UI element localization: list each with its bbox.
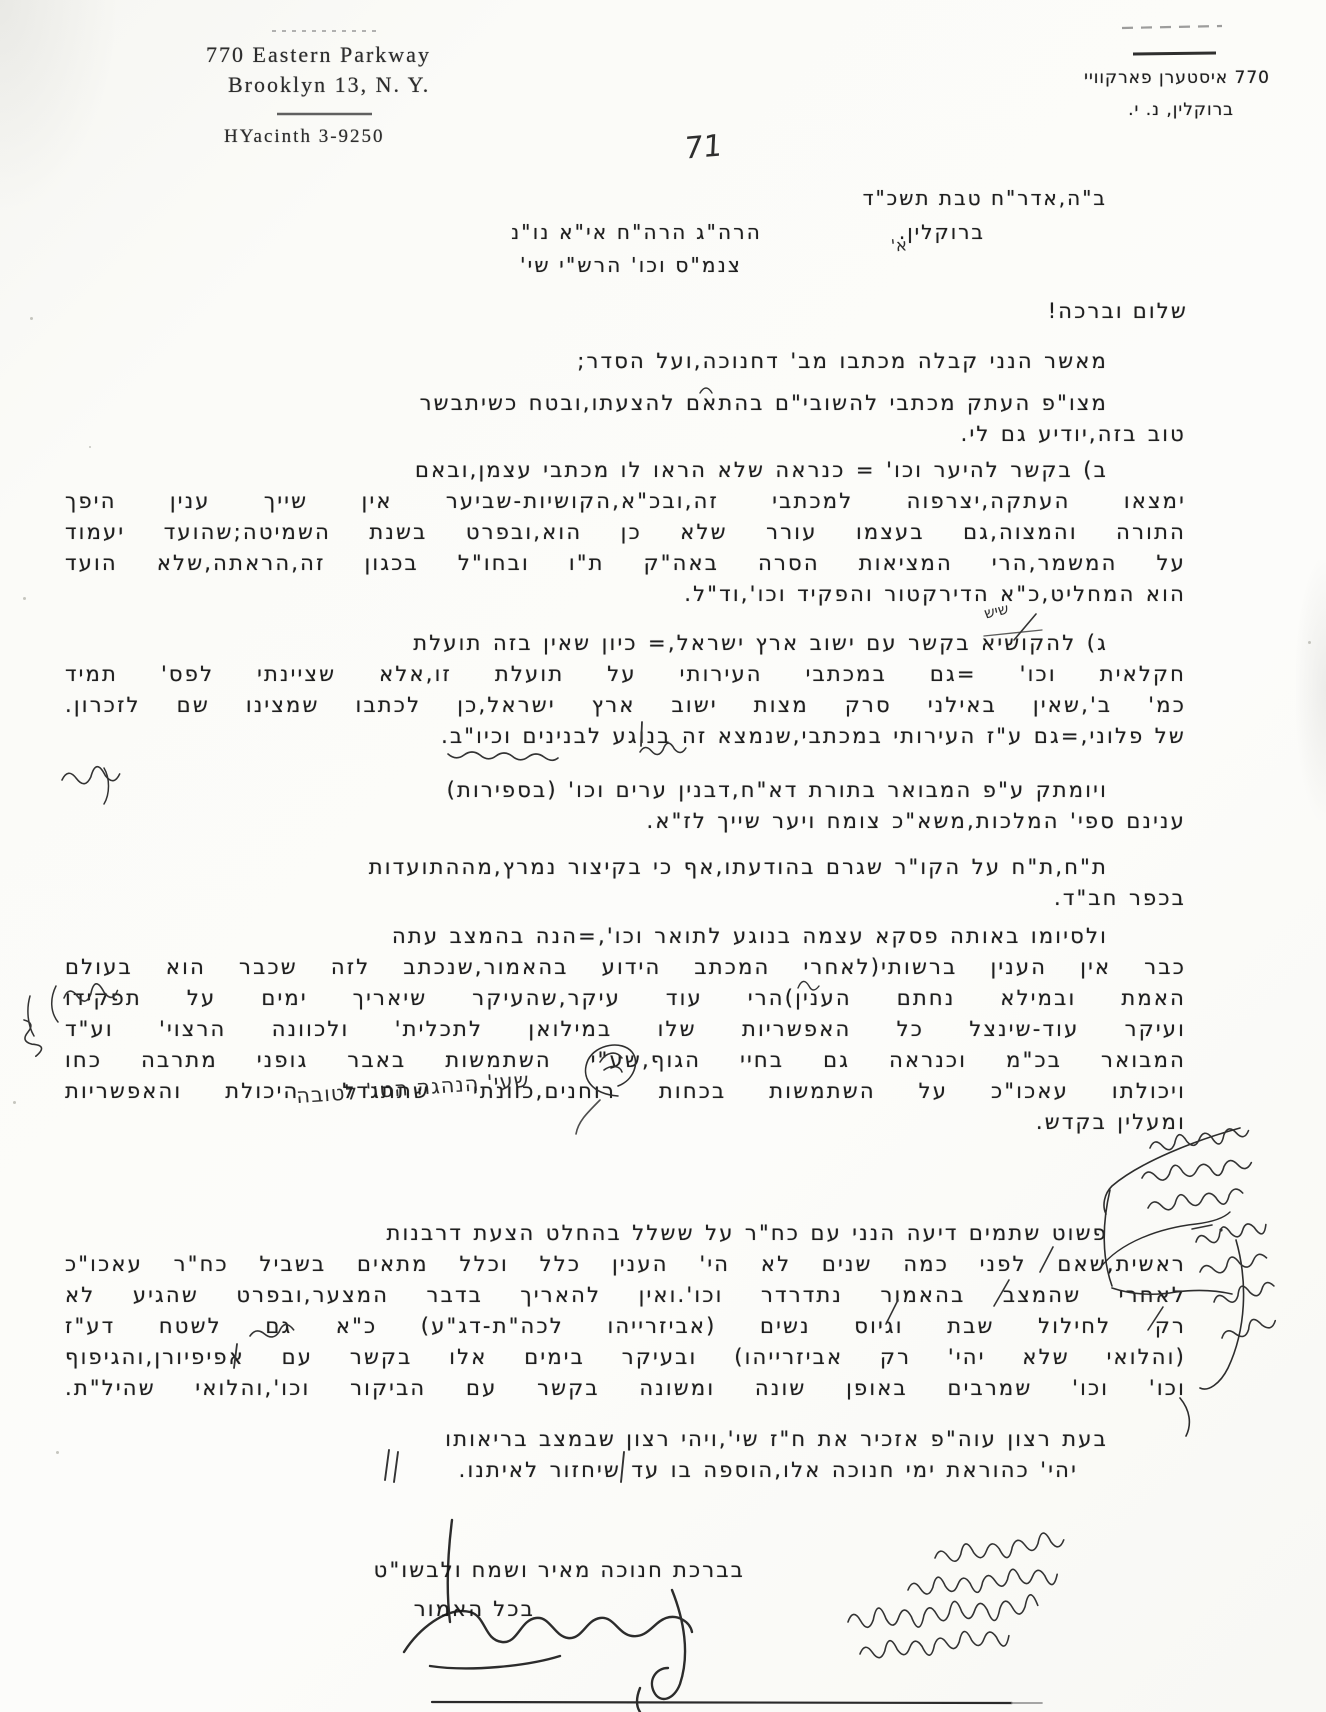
letter-line: רק לחילול שבת וגיוס נשים (אביזרייהו לכה"… (65, 1311, 1186, 1342)
addressee-line2: צנמ"ס וכו' הרש"י שי' (520, 253, 742, 277)
scan-speck (1308, 641, 1311, 644)
letterhead-faded-dashes (272, 26, 1222, 31)
letter-line: של פלוני,=גם ע"ז העירותי במכתבי,שנמצא זה… (65, 721, 1186, 752)
addressee-line1: הרה"ג הרה"ח אי"א נו"נ (511, 220, 762, 244)
cursive-squiggle (934, 1530, 1065, 1567)
paragraph-chassidus: ויומתק ע"פ המבואר בתורת דא"ח,דבנין ערים … (65, 775, 1186, 837)
closing-line1: בברכת חנוכה מאיר ושמח ולבשו"ט (374, 1558, 745, 1582)
letterhead-address-line2: Brooklyn 13, N. Y. (228, 72, 430, 98)
cursive-squiggle (907, 1565, 1058, 1600)
cursive-squiggle (1212, 1278, 1275, 1307)
paragraph-enclosed-copy: מצו"פ העתק מכתבי להשובי"ם בהתאם להצעתו,ו… (65, 388, 1186, 450)
letter-line: לאחרי שהמצב בהאמור נתדרדר וכו'.ואין להאר… (65, 1280, 1186, 1311)
paragraph-bet-forest: ב) בקשר להיער וכו' = כנראה שלא הראו לו מ… (65, 455, 1186, 610)
letter-line: ויומתק ע"פ המבואר בתורת דא"ח,דבנין ערים … (65, 775, 1186, 806)
letter-line: בעת רצון עוה"פ אזכיר את ח"ז שי',ויהי רצו… (65, 1424, 1186, 1455)
letter-line: ראשית,שאם לפני כמה שנים לא הי' הענין כלל… (65, 1249, 1186, 1280)
paragraph-rabbinate-proposal: פשוט שתמים דיעה הנני עם כח"ר על ששלל בהח… (65, 1218, 1186, 1404)
letter-line: חקלאית וכו' =גם במכתבי העירותי על תועלת … (65, 659, 1186, 690)
letter-line: ג) להקושיא בקשר עם ישוב ארץ ישראל,= כיון… (65, 628, 1186, 659)
scan-shadow-right (1296, 560, 1326, 820)
letter-line: התורה והמצוה,גם בעצמו עורר שלא כן הוא,וב… (65, 517, 1186, 548)
letterhead-address-line1: 770 Eastern Parkway (206, 42, 431, 68)
letter-line: ב) בקשר להיער וכו' = כנראה שלא הראו לו מ… (65, 455, 1186, 486)
cursive-squiggle (19, 1018, 43, 1058)
letterhead-he-address-line2: ברוקלין, נ. י. (1128, 100, 1234, 120)
greeting: שלום וברכה! (1048, 299, 1188, 323)
letterhead-he-address-line1: 770 איסטערן פארקוויי (1084, 68, 1270, 88)
scanned-letter-page: { "letterhead_left": { "address_line1": … (0, 0, 1326, 1712)
scan-speck (30, 317, 33, 320)
cursive-squiggle (1141, 1155, 1253, 1186)
closing-line2: בכל האמור (414, 1597, 535, 1621)
cursive-squiggle (859, 1626, 1010, 1663)
cursive-squiggle (847, 1594, 1039, 1633)
cursive-squiggle (1194, 1217, 1268, 1250)
letter-line: ימצאו העתקה,יצרפוה למכתבי זה,ובכ"א,הקושי… (65, 486, 1186, 517)
scan-bottom-edge-line (432, 1702, 1042, 1703)
paragraph-gimel-yishuv: ג) להקושיא בקשר עם ישוב ארץ ישראל,= כיון… (65, 628, 1186, 752)
date-city: ברוקלין. (899, 220, 985, 244)
letter-line: מאשר הנני קבלה מכתבו מב' דחנוכה,ועל הסדר… (65, 346, 1186, 377)
paragraph-mention-blessing: בעת רצון עוה"פ אזכיר את ח"ז שי',ויהי רצו… (65, 1424, 1186, 1486)
letter-line: על המשמר,הרי המציאות הסרה באה"ק ת"ו ובחו… (65, 548, 1186, 579)
letter-line: ועיקר עוד-שינצל כל האפשריות שלו במילואן … (65, 1014, 1186, 1045)
letter-line: יהי' כהוראת ימי חנוכה אלו,הוספה בו עד שי… (65, 1455, 1186, 1486)
letter-line: ויכולתו עאכו"כ על השתמשות בכחות רוחנים,כ… (65, 1076, 1186, 1107)
letter-line: הוא המחליט,כ"א הדירקטור והפקיד וכו',וד"ל… (65, 579, 1186, 610)
paragraph-title-matter: ולסיומו באותה פסקא עצמה בנוגע לתואר וכו'… (65, 921, 1186, 1138)
paragraph-acknowledge: מאשר הנני קבלה מכתבו מב' דחנוכה,ועל הסדר… (65, 346, 1186, 377)
letter-line: ומעלין בקדש. (65, 1107, 1186, 1138)
letter-line: כמ' ב',שאין באילני סרק מצות ישוב ארץ ישר… (65, 690, 1186, 721)
letterhead-phone: HYacinth 3-9250 (224, 126, 385, 148)
letter-line: טוב בזה,יודיע גם לי. (65, 419, 1186, 450)
cursive-squiggle (1147, 1185, 1244, 1216)
letter-line: ת"ח,ת"ח על הקו"ר שגרם בהודעתו,אף כי בקיצ… (65, 852, 1186, 883)
scan-shadow-top-left (0, 0, 120, 220)
scan-speck (13, 1101, 16, 1104)
letter-line: וכו' וכו' שמרבים באופן שונה ומשונה בקשר … (65, 1373, 1186, 1404)
scan-speck (56, 1451, 59, 1454)
letter-line: כבר אין הענין ברשותי(לאחרי המכתב הידוע ב… (65, 952, 1186, 983)
letter-line: פשוט שתמים דיעה הנני עם כח"ר על ששלל בהח… (65, 1218, 1186, 1249)
letter-line: (והלואי שלא יהי' רק אביזרייהו) ובעיקר בי… (65, 1342, 1186, 1373)
handwritten-page-number: 71 (683, 128, 723, 167)
cursive-squiggle (1220, 1313, 1277, 1343)
letter-line: האמת ובמילא נחתם הענין)הרי עוד עיקר,שהעי… (65, 983, 1186, 1014)
letter-line: בכפר חב"ד. (65, 883, 1186, 914)
date-line: ב"ה,אדר"ח טבת תשכ"ד (863, 186, 1107, 210)
scan-speck (23, 597, 26, 600)
cursive-squiggle (1198, 1250, 1267, 1277)
letter-line: המבואר בכ"מ וכנראה גם בחיי הגוף,שע"י השת… (65, 1045, 1186, 1076)
letter-line: ענינם ספי' המלכות,משא"כ צומח ויער שייך ל… (65, 806, 1186, 837)
letter-line: מצו"פ העתק מכתבי להשובי"ם בהתאם להצעתו,ו… (65, 388, 1186, 419)
paragraph-thanks-kfar-chabad: ת"ח,ת"ח על הקו"ר שגרם בהודעתו,אף כי בקיצ… (65, 852, 1186, 914)
scan-speck (89, 446, 91, 448)
letter-line: ולסיומו באותה פסקא עצמה בנוגע לתואר וכו'… (65, 921, 1186, 952)
